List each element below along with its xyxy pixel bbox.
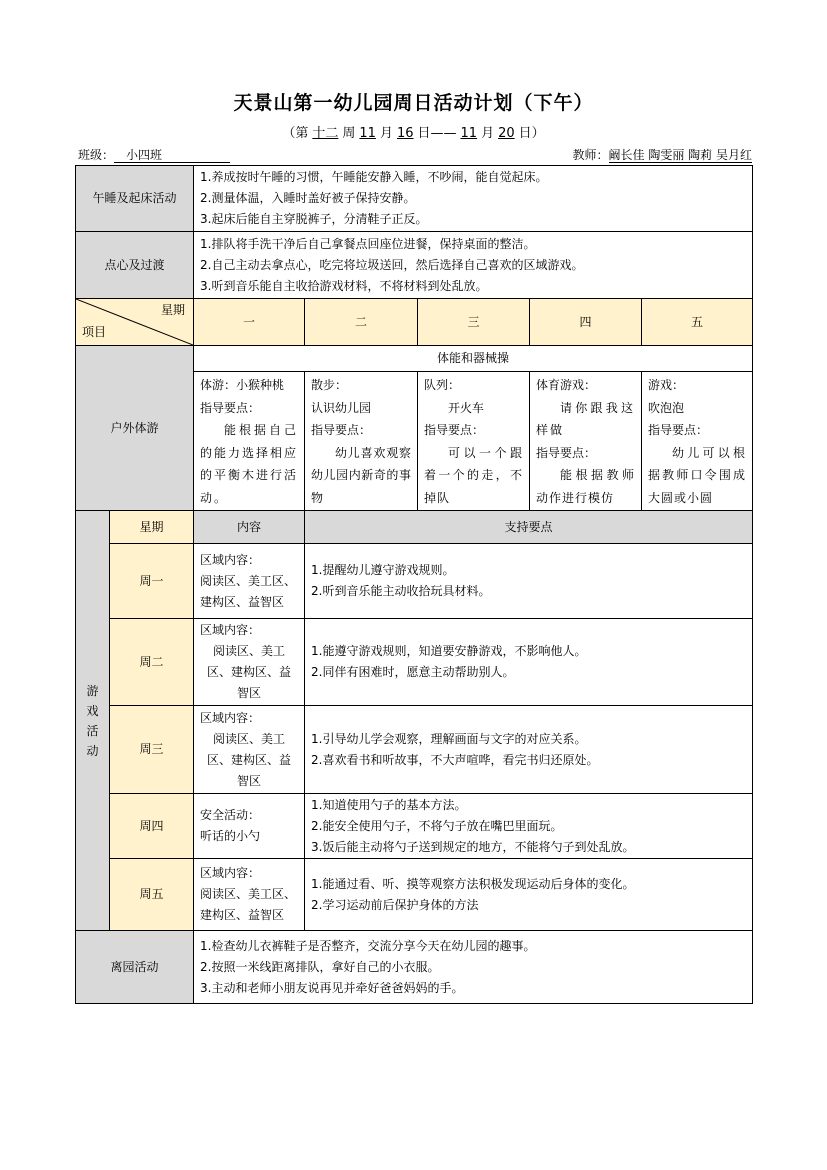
game-day-fri: 周五 (109, 858, 194, 931)
end-month: 11 (457, 126, 482, 141)
guide-label: 指导要点： (424, 419, 523, 442)
support-item: 2.喜欢看书和听故事，不大声喧哗，看完书归还原处。 (311, 750, 746, 771)
snack-item: 3.听到音乐能自主收拾游戏材料，不将材料到处乱放。 (200, 276, 746, 297)
outdoor-day-mon: 体游：小猴种桃 指导要点： 能根据自己的能力选择相应的平衡木进行活动。 (193, 371, 305, 511)
game-day-wed: 周三 (109, 705, 194, 794)
start-day: 16 (393, 126, 418, 141)
day-header-thu: 四 (529, 298, 642, 346)
outdoor-day-wed: 队列： 开火车 指导要点： 可以一个跟着一个的走，不掉队 (417, 371, 530, 511)
guide-text: 幼儿喜欢观察幼儿园内新奇的事物 (311, 442, 411, 510)
activity-name: 开火车 (424, 397, 523, 420)
game-col-content: 内容 (193, 510, 305, 544)
week-label: 周 (342, 126, 355, 141)
leave-item: 1.检查幼儿衣裤鞋子是否整齐，交流分享今天在幼儿园的趣事。 (200, 936, 746, 957)
outdoor-day-fri: 游戏： 吹泡泡 指导要点： 幼儿可以根据教师口令围成大圆或小圆 (641, 371, 753, 511)
corner-header: 星期 项目 (75, 298, 194, 346)
day-label: 日—— (418, 126, 457, 141)
game-content-thu: 安全活动： 听话的小勺 (193, 793, 305, 859)
support-item: 2.听到音乐能主动收拾玩具材料。 (311, 581, 746, 602)
game-label-char: 戏 (86, 701, 98, 721)
outdoor-day-thu: 体育游戏： 请你跟我这样做 指导要点： 能根据教师动作进行模仿 (529, 371, 642, 511)
date-range: （第十二周11月16日——11月20日） (0, 122, 827, 141)
content-line: 智区 (200, 771, 298, 792)
game-support-thu: 1.知道使用勺子的基本方法。 2.能安全使用勺子，不将勺子放在嘴巴里面玩。 3.… (304, 793, 753, 859)
month-label: 月 (481, 126, 494, 141)
month-label: 月 (380, 126, 393, 141)
support-item: 1.知道使用勺子的基本方法。 (311, 795, 746, 816)
activity-title: 队列： (424, 374, 523, 397)
day-header-fri: 五 (641, 298, 753, 346)
guide-text: 能根据自己的能力选择相应的平衡木进行活动。 (200, 419, 298, 509)
content-line: 区域内容： (200, 620, 298, 641)
content-line: 智区 (200, 683, 298, 704)
game-col-day: 星期 (109, 510, 194, 544)
day-label: 日） (519, 126, 545, 141)
game-support-tue: 1.能遵守游戏规则，知道要安静游戏，不影响他人。 2.同伴有困难时，愿意主动帮助… (304, 618, 753, 706)
game-day-thu: 周四 (109, 793, 194, 859)
support-item: 1.引导幼儿学会观察，理解画面与文字的对应关系。 (311, 729, 746, 750)
snack-item: 2.自己主动去拿点心，吃完将垃圾送回，然后选择自己喜欢的区域游戏。 (200, 255, 746, 276)
content-line: 阅读区、美工区、 (200, 884, 298, 905)
content-line: 区域内容： (200, 550, 298, 571)
teacher-info: 教师：阚长佳 陶雯丽 陶莉 吴月红 (573, 146, 752, 163)
guide-label: 指导要点： (648, 419, 746, 442)
day-header-tue: 二 (304, 298, 418, 346)
game-label: 游 戏 活 动 (75, 510, 110, 931)
corner-bottom-label: 项目 (82, 322, 106, 343)
guide-text: 可以一个跟着一个的走，不掉队 (424, 442, 523, 510)
day-header-wed: 三 (417, 298, 530, 346)
content-line: 区域内容： (200, 708, 298, 729)
nap-label: 午睡及起床活动 (75, 165, 194, 232)
outdoor-banner: 体能和器械操 (193, 345, 753, 372)
game-day-tue: 周二 (109, 618, 194, 706)
activity-title: 体育游戏： (536, 374, 635, 397)
game-support-mon: 1.提醒幼儿遵守游戏规则。 2.听到音乐能主动收拾玩具材料。 (304, 543, 753, 619)
game-content-tue: 区域内容： 阅读区、美工 区、建构区、益 智区 (193, 618, 305, 706)
content-line: 阅读区、美工区、 (200, 571, 298, 592)
page-title: 天景山第一幼儿园周日活动计划（下午） (0, 88, 827, 115)
leave-items: 1.检查幼儿衣裤鞋子是否整齐，交流分享今天在幼儿园的趣事。 2.按照一米线距离排… (193, 930, 753, 1004)
game-content-mon: 区域内容： 阅读区、美工区、 建构区、益智区 (193, 543, 305, 619)
class-value: 小四班 (114, 148, 230, 163)
nap-item: 2.测量体温，入睡时盖好被子保持安静。 (200, 188, 746, 209)
class-info: 班级：小四班 (78, 146, 230, 163)
guide-text: 能根据教师动作进行模仿 (536, 464, 635, 509)
content-line: 听话的小勺 (200, 826, 298, 847)
support-item: 2.同伴有困难时，愿意主动帮助别人。 (311, 662, 746, 683)
outdoor-day-tue: 散步： 认识幼儿园 指导要点： 幼儿喜欢观察幼儿园内新奇的事物 (304, 371, 418, 511)
content-line: 阅读区、美工 (200, 641, 298, 662)
activity-name: 请你跟我这样做 (536, 397, 635, 442)
day-header-mon: 一 (193, 298, 305, 346)
week-number: 十二 (308, 126, 342, 141)
content-line: 安全活动： (200, 805, 298, 826)
game-label-char: 游 (86, 681, 98, 701)
snack-items: 1.排队将手洗干净后自己拿餐点回座位进餐，保持桌面的整洁。 2.自己主动去拿点心… (193, 231, 753, 299)
game-label-char: 活 (86, 721, 98, 741)
activity-title: 体游：小猴种桃 (200, 374, 298, 397)
snack-label: 点心及过渡 (75, 231, 194, 299)
leave-item: 2.按照一米线距离排队，拿好自己的小衣服。 (200, 957, 746, 978)
meta-row: 班级：小四班 教师：阚长佳 陶雯丽 陶莉 吴月红 (78, 146, 752, 162)
support-item: 2.能安全使用勺子，不将勺子放在嘴巴里面玩。 (311, 816, 746, 837)
activity-title: 散步： (311, 374, 411, 397)
corner-top-label: 星期 (161, 300, 185, 321)
start-month: 11 (355, 126, 380, 141)
guide-label: 指导要点： (536, 442, 635, 465)
game-day-mon: 周一 (109, 543, 194, 619)
leave-item: 3.主动和老师小朋友说再见并牵好爸爸妈妈的手。 (200, 978, 746, 999)
week-prefix: （第 (282, 126, 308, 141)
support-item: 1.能通过看、听、摸等观察方法积极发现运动后身体的变化。 (311, 874, 746, 895)
nap-item: 1.养成按时午睡的习惯，午睡能安静入睡，不吵闹，能自觉起床。 (200, 167, 746, 188)
nap-item: 3.起床后能自主穿脱裤子，分清鞋子正反。 (200, 209, 746, 230)
activity-name: 认识幼儿园 (311, 397, 411, 420)
support-item: 2.学习运动前后保护身体的方法 (311, 895, 746, 916)
snack-item: 1.排队将手洗干净后自己拿餐点回座位进餐，保持桌面的整洁。 (200, 234, 746, 255)
content-line: 建构区、益智区 (200, 592, 298, 613)
class-label: 班级： (78, 148, 114, 162)
support-item: 3.饭后能主动将勺子送到规定的地方，不能将勺子到处乱放。 (311, 837, 746, 858)
teacher-value: 阚长佳 陶雯丽 陶莉 吴月红 (609, 148, 752, 163)
content-line: 区、建构区、益 (200, 750, 298, 771)
support-item: 1.提醒幼儿遵守游戏规则。 (311, 560, 746, 581)
game-label-char: 动 (86, 741, 98, 761)
content-line: 区域内容： (200, 863, 298, 884)
content-line: 阅读区、美工 (200, 729, 298, 750)
game-content-wed: 区域内容： 阅读区、美工 区、建构区、益 智区 (193, 705, 305, 794)
outdoor-label: 户外体游 (75, 345, 194, 511)
content-line: 区、建构区、益 (200, 662, 298, 683)
teacher-label: 教师： (573, 148, 609, 162)
support-item: 1.能遵守游戏规则，知道要安静游戏，不影响他人。 (311, 641, 746, 662)
nap-items: 1.养成按时午睡的习惯，午睡能安静入睡，不吵闹，能自觉起床。 2.测量体温，入睡… (193, 165, 753, 232)
game-support-fri: 1.能通过看、听、摸等观察方法积极发现运动后身体的变化。 2.学习运动前后保护身… (304, 858, 753, 931)
activity-name: 吹泡泡 (648, 397, 746, 420)
guide-text: 幼儿可以根据教师口令围成大圆或小圆 (648, 442, 746, 510)
content-line: 建构区、益智区 (200, 905, 298, 926)
game-support-wed: 1.引导幼儿学会观察，理解画面与文字的对应关系。 2.喜欢看书和听故事，不大声喧… (304, 705, 753, 794)
guide-label: 指导要点： (200, 397, 298, 420)
game-content-fri: 区域内容： 阅读区、美工区、 建构区、益智区 (193, 858, 305, 931)
leave-label: 离园活动 (75, 930, 194, 1004)
game-col-support: 支持要点 (304, 510, 753, 544)
end-day: 20 (494, 126, 519, 141)
activity-title: 游戏： (648, 374, 746, 397)
guide-label: 指导要点： (311, 419, 411, 442)
